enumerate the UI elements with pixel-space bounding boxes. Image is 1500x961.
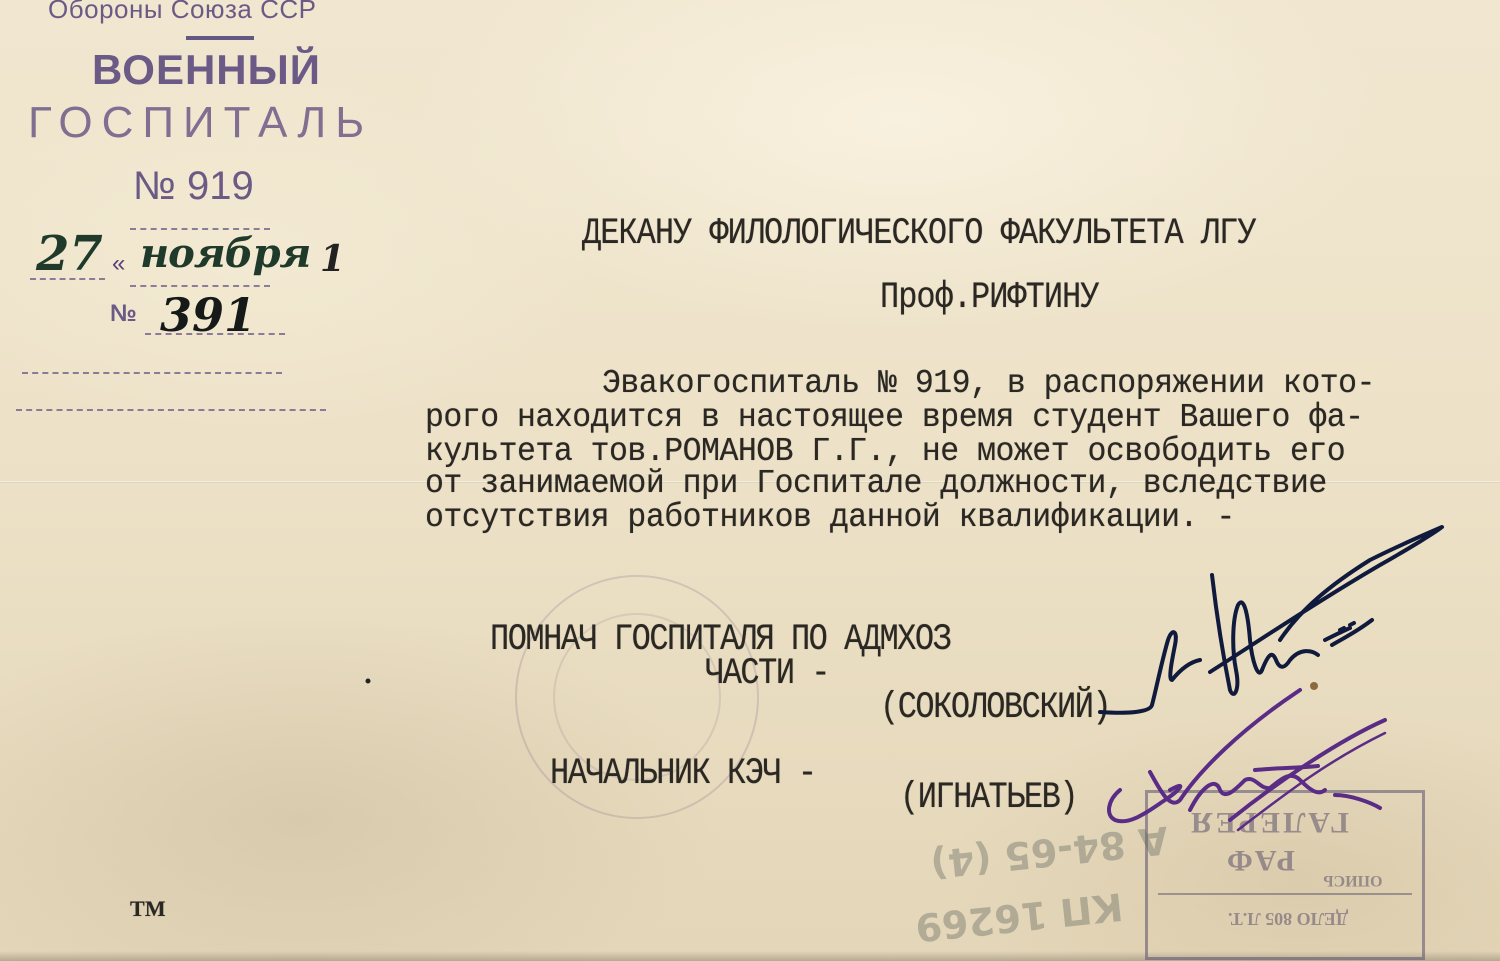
signer1-title-line2: ЧАСТИ - (705, 652, 829, 695)
archive-stamp-line4: ДЕЛО 805 Л.Т. (1228, 908, 1348, 929)
handwritten-date-year: 1 (320, 238, 345, 280)
stamp-title-hospital: ГОСПИТАЛЬ (28, 98, 373, 148)
addressee-line-professor: Проф.РИФТИНУ (880, 276, 1098, 319)
stamp-rule (186, 36, 254, 40)
body-line-4: от занимаемой при Госпитале должности, в… (425, 466, 1327, 503)
body-line-1: Эвакогоспиталь № 919, в распоряжении кот… (602, 366, 1375, 403)
body-line-2: рого находится в настоящее время студент… (425, 400, 1364, 437)
body-line-5: отсутствия работников данной квалификаци… (425, 500, 1235, 537)
stamp-blank-line-2 (16, 409, 326, 411)
stamp-quote-mark: « (112, 250, 125, 278)
signer2-name: (ИГНАТЬЕВ) (900, 776, 1077, 819)
archive-stamp-line2: РАФ (1223, 843, 1295, 877)
signer2-title: НАЧАЛЬНИК КЭЧ - (550, 752, 816, 795)
stamp-hospital-number: № 919 (133, 164, 254, 209)
archive-stamp: ГАЛЕРЕЯ РАФ ОПИСЬ ДЕЛО 805 Л.Т. (1145, 790, 1425, 960)
signer1-name: (СОКОЛОВСКИЙ) (880, 686, 1110, 729)
typist-initials: ТМ (130, 896, 166, 922)
archive-stamp-line3: ОПИСЬ (1323, 871, 1382, 889)
archive-stamp-divider (1158, 893, 1412, 895)
handwritten-outgoing-number: 391 (160, 288, 256, 342)
handwritten-date-month: ноября (140, 230, 310, 277)
stamp-number-label: № (110, 300, 137, 328)
stamp-date-month-line (130, 285, 270, 287)
handwritten-date-day: 27 (36, 226, 103, 282)
stamp-title-military: ВОЕННЫЙ (92, 46, 321, 94)
stamp-ministry-line: Обороны Союза ССР (48, 0, 317, 25)
archive-stamp-line1: ГАЛЕРЕЯ (1188, 805, 1349, 839)
stamp-blank-line-1 (22, 372, 282, 374)
addressee-line-dean: ДЕКАНУ ФИЛОЛОГИЧЕСКОГО ФАКУЛЬТЕТА ЛГУ (582, 212, 1256, 255)
